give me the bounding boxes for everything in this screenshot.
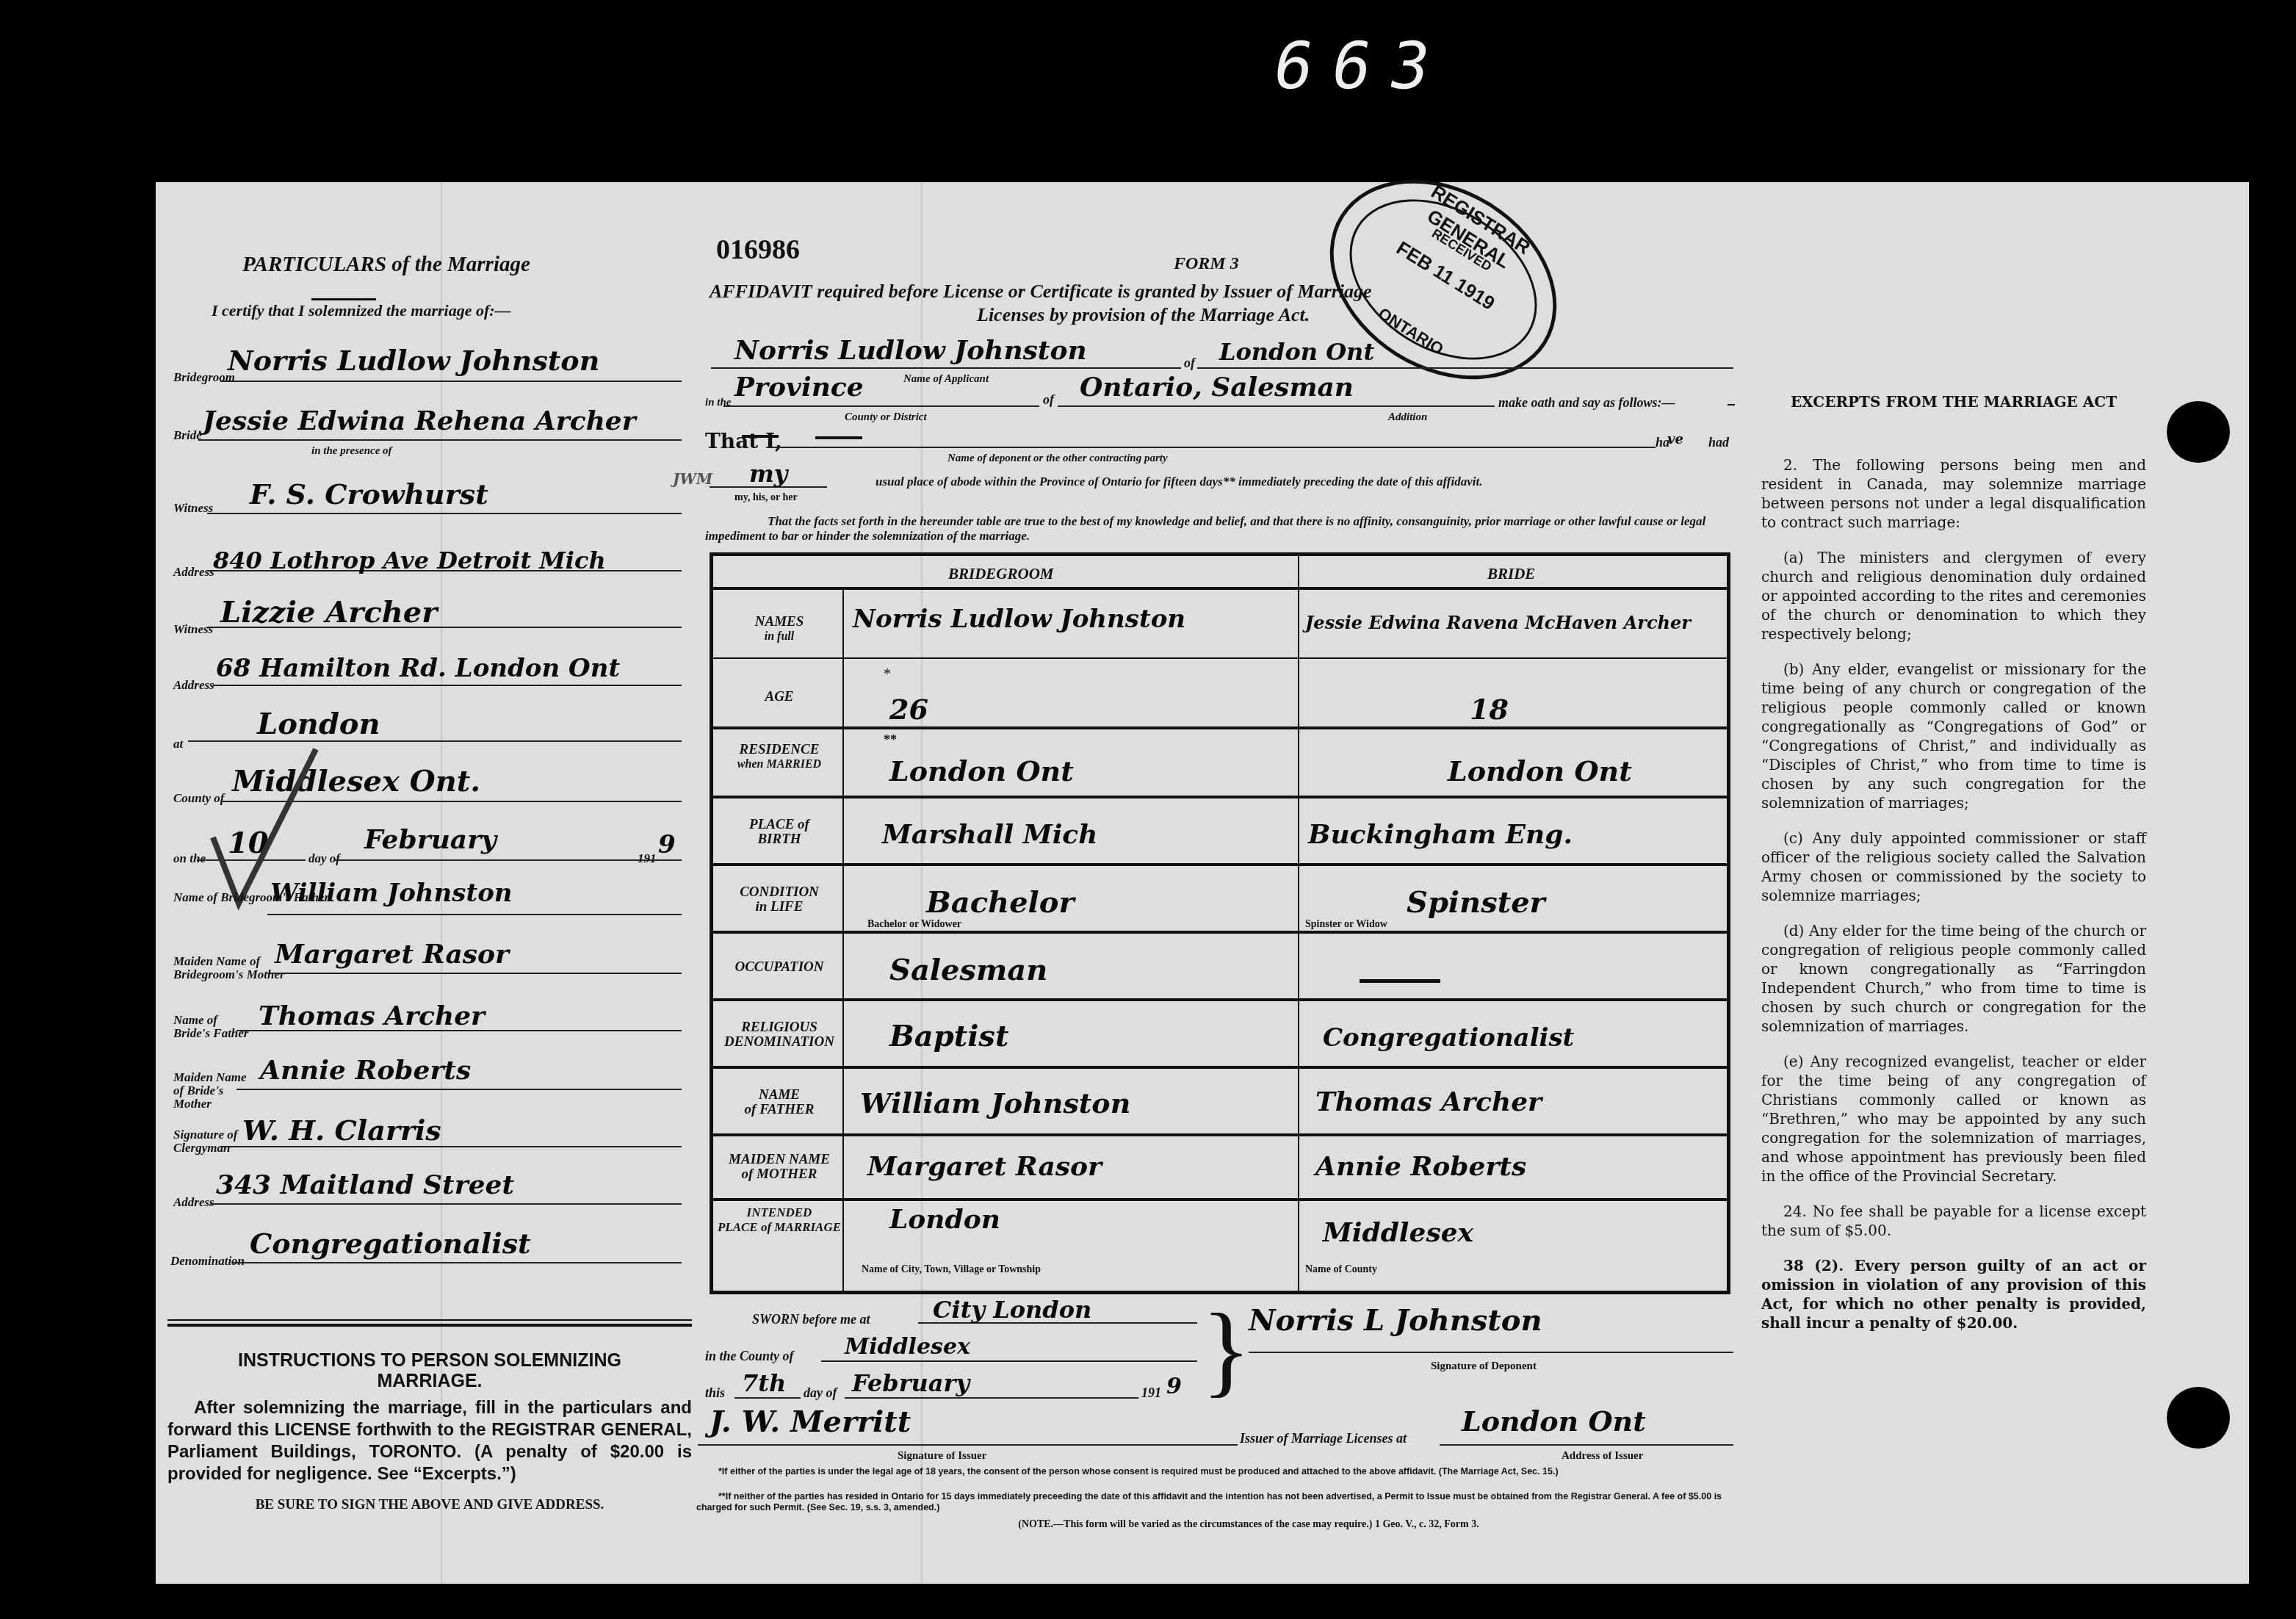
row-label: OCCUPATION xyxy=(713,960,845,975)
excerpt-d: (d) Any elder for the time being of the … xyxy=(1761,921,2146,1036)
had-label: had xyxy=(1708,435,1729,450)
footnote-1: *If either of the parties is under the l… xyxy=(696,1466,1735,1477)
county-label: in the County of xyxy=(705,1349,794,1364)
field-line xyxy=(1197,367,1733,369)
field-label: Denomination xyxy=(170,1255,245,1268)
witness-1-address: 840 Lothrop Ave Detroit Mich xyxy=(213,547,606,574)
field-label: on the xyxy=(173,852,206,865)
in-presence-of: in the presence of xyxy=(311,445,392,458)
bride-mother-name: Annie Roberts xyxy=(1315,1151,1526,1182)
row-label: NAMEof FATHER xyxy=(713,1088,845,1117)
bride-full-name: Jessie Edwina Ravena McHaven Archer xyxy=(1305,612,1691,633)
year-prefix: 191 xyxy=(638,852,657,865)
blank-dash xyxy=(742,435,779,438)
header-bridegroom: BRIDEGROOM xyxy=(948,565,1054,583)
field-label: Name of Bride's Father xyxy=(173,1014,254,1040)
county-label: County or District xyxy=(845,411,927,424)
deponent-label: Name of deponent or the other contractin… xyxy=(947,452,1168,465)
marriage-place: London xyxy=(257,707,380,741)
row-label: CONDITIONin LIFE xyxy=(713,885,845,915)
blank-dash xyxy=(815,436,862,439)
pronoun-label: my, his, or her xyxy=(734,492,798,504)
that-i-label: That I, xyxy=(705,429,782,453)
signature-line xyxy=(1249,1352,1733,1353)
sworn-at: City London xyxy=(933,1296,1091,1324)
field-label: Signature of Clergyman xyxy=(173,1128,239,1155)
form-number: FORM 3 xyxy=(1174,254,1239,274)
field-line xyxy=(267,914,682,915)
bracket: } xyxy=(1202,1299,1251,1402)
of-label: of xyxy=(1184,356,1195,371)
initials: JWM xyxy=(673,470,712,488)
intended-county-hint: Name of County xyxy=(1305,1264,1377,1276)
field-label: Bride xyxy=(173,429,202,442)
field-label: Maiden Name of Bridegroom's Mother xyxy=(173,955,291,981)
field-line xyxy=(237,1089,682,1090)
bride-religion: Congregationalist xyxy=(1323,1023,1574,1053)
groom-father-name: William Johnston xyxy=(860,1086,1130,1119)
field-line xyxy=(213,685,682,686)
field-line xyxy=(210,1203,682,1205)
field-label: Address xyxy=(173,566,214,579)
field-line xyxy=(711,367,1181,369)
year-prefix: 191 xyxy=(1141,1385,1161,1401)
excerpt-24: 24. No fee shall be payable for a licens… xyxy=(1761,1202,2146,1240)
instructions-body: After solemnizing the marriage, fill in … xyxy=(167,1397,692,1485)
groom-condition: Bachelor xyxy=(926,885,1075,920)
row-label: INTENDEDPLACE of MARRIAGE xyxy=(713,1205,845,1235)
affidavit-title-1: AFFIDAVIT required before License or Cer… xyxy=(710,281,1738,303)
sworn-county: Middlesex xyxy=(845,1334,970,1360)
sworn-day: 7th xyxy=(742,1369,786,1397)
groom-full-name: Norris Ludlow Johnston xyxy=(853,605,1185,634)
sworn-label: SWORN before me at xyxy=(752,1312,870,1327)
footnote-note: (NOTE.—This form will be varied as the c… xyxy=(771,1519,1726,1531)
county-value: Province xyxy=(734,372,864,403)
intended-place-hint: Name of City, Town, Village or Township xyxy=(862,1264,1041,1276)
issuer-label: Signature of Issuer xyxy=(898,1450,986,1463)
instructions-box: INSTRUCTIONS TO PERSON SOLEMNIZING MARRI… xyxy=(167,1350,692,1513)
issuer-address-label: Address of Issuer xyxy=(1562,1450,1643,1463)
excerpts-title: EXCERPTS FROM THE MARRIAGE ACT xyxy=(1761,392,2146,411)
field-line xyxy=(1058,405,1495,407)
addition-label: Addition xyxy=(1388,411,1427,424)
of-label: of xyxy=(1043,392,1054,408)
header-bride: BRIDE xyxy=(1487,565,1535,583)
asterisk: * xyxy=(884,666,891,683)
year-suffix: 9 xyxy=(1166,1374,1182,1399)
clergyman-address: 343 Maitland Street xyxy=(216,1169,514,1200)
field-line xyxy=(734,1397,801,1399)
witness-1: F. S. Crowhurst xyxy=(250,477,488,511)
bride-birthplace: Buckingham Eng. xyxy=(1308,819,1573,850)
applicant-name: Norris Ludlow Johnston xyxy=(734,335,1087,366)
day-of-label: day of xyxy=(804,1385,837,1401)
signature-line xyxy=(698,1444,1238,1446)
field-label: Address xyxy=(173,679,214,692)
punch-hole xyxy=(2167,401,2230,463)
field-line xyxy=(767,447,1656,448)
punch-hole xyxy=(2167,1387,2230,1449)
bride-occupation-dash xyxy=(1360,979,1440,983)
instructions-footer: BE SURE TO SIGN THE ABOVE AND GIVE ADDRE… xyxy=(167,1497,692,1513)
bride-mother: Annie Roberts xyxy=(260,1055,471,1086)
facts-text: That the facts set forth in the hereunde… xyxy=(705,514,1733,544)
bride-father: Thomas Archer xyxy=(259,1000,485,1031)
field-label: Bridegroom xyxy=(173,371,235,384)
signature-line xyxy=(1440,1444,1733,1446)
bride-condition: Spinster xyxy=(1407,885,1545,920)
field-label: at xyxy=(173,738,183,751)
have-value: ve xyxy=(1667,432,1683,447)
bride-intended-county: Middlesex xyxy=(1323,1217,1473,1248)
certify-text: I certify that I solemnized the marriage… xyxy=(212,301,511,320)
groom-mother: Margaret Rasor xyxy=(275,939,509,970)
row-label: RESIDENCEwhen MARRIED xyxy=(713,743,845,772)
instructions-title-2: MARRIAGE. xyxy=(167,1371,692,1391)
groom-condition-hint: Bachelor or Widower xyxy=(867,919,961,931)
row-label: AGE xyxy=(713,690,845,704)
excerpt-a: (a) The ministers and clergymen of every… xyxy=(1761,548,2146,643)
marriage-month: February xyxy=(364,824,497,855)
tick-mark xyxy=(1728,404,1735,405)
field-line xyxy=(220,381,682,382)
excerpts-body: 2. The following persons being men and r… xyxy=(1761,455,2146,1349)
groom-intended-place: London xyxy=(889,1204,1000,1235)
footnote-2: **If neither of the parties has resided … xyxy=(696,1491,1735,1513)
bride-father-name: Thomas Archer xyxy=(1315,1086,1542,1117)
excerpt-38: 38 (2). Every person guilty of an act or… xyxy=(1761,1256,2146,1333)
oath-text: make oath and say as follows:— xyxy=(1498,395,1675,411)
issuer-signature: J. W. Merritt xyxy=(710,1405,911,1439)
field-line xyxy=(821,1360,1197,1362)
double-asterisk: ** xyxy=(884,732,897,748)
field-line xyxy=(232,1262,682,1263)
instructions-title-1: INSTRUCTIONS TO PERSON SOLEMNIZING xyxy=(167,1350,692,1371)
applicant-of: London Ont xyxy=(1219,338,1374,366)
bride-name: Jessie Edwina Rehena Archer xyxy=(203,405,636,436)
divider xyxy=(167,1319,692,1321)
field-line xyxy=(723,405,1039,407)
affidavit-title-2: Licenses by provision of the Marriage Ac… xyxy=(977,304,1310,326)
issuer-address: London Ont xyxy=(1462,1405,1646,1438)
title-rule xyxy=(311,298,376,300)
residence-text: usual place of abode within the Province… xyxy=(876,475,1735,489)
bridegroom-name: Norris Ludlow Johnston xyxy=(228,344,599,377)
in-the-label: in the xyxy=(705,397,731,409)
field-line xyxy=(845,1397,1138,1399)
year-suffix: 9 xyxy=(658,830,676,859)
field-line xyxy=(198,439,682,441)
certificate-number: 016986 xyxy=(716,234,800,266)
groom-age: 26 xyxy=(889,693,928,726)
row-label: RELIGIOUSDENOMINATION xyxy=(713,1020,845,1050)
witness-2-address: 68 Hamilton Rd. London Ont xyxy=(216,654,620,683)
clergyman-denomination: Congregationalist xyxy=(250,1227,531,1260)
groom-mother-name: Margaret Rasor xyxy=(867,1151,1102,1182)
clergyman-signature: W. H. Clarris xyxy=(242,1114,441,1147)
row-label: NAMESin full xyxy=(713,615,845,644)
excerpt-e: (e) Any recognized evangelist, teacher o… xyxy=(1761,1052,2146,1186)
particulars-table: BRIDEGROOM BRIDE NAMESin full Norris Lud… xyxy=(710,552,1730,1294)
page-number: 663 xyxy=(1268,28,1455,104)
applicant-label: Name of Applicant xyxy=(903,373,989,386)
bride-condition-hint: Spinster or Widow xyxy=(1305,919,1387,931)
groom-religion: Baptist xyxy=(889,1019,1008,1053)
row-label: PLACE ofBIRTH xyxy=(713,818,845,847)
divider xyxy=(167,1324,692,1327)
groom-occupation: Salesman xyxy=(889,953,1047,987)
bride-residence: London Ont xyxy=(1448,754,1632,787)
excerpt-section-2: 2. The following persons being men and r… xyxy=(1761,455,2146,532)
field-label: Witness xyxy=(173,623,213,636)
excerpt-b: (b) Any elder, evangelist or missionary … xyxy=(1761,660,2146,812)
excerpt-c: (c) Any duly appointed commissioner or s… xyxy=(1761,829,2146,905)
field-line xyxy=(207,513,682,514)
issuer-at-label: Issuer of Marriage Licenses at xyxy=(1240,1431,1407,1446)
groom-birthplace: Marshall Mich xyxy=(882,819,1097,850)
groom-residence: London Ont xyxy=(889,754,1074,787)
bride-age: 18 xyxy=(1470,693,1509,726)
pronoun-value: my xyxy=(749,460,787,488)
witness-2: Lizzie Archer xyxy=(220,595,437,630)
deponent-signature: Norris L Johnston xyxy=(1249,1303,1542,1338)
groom-father: William Johnston xyxy=(270,879,513,908)
row-label: MAIDEN NAMEof MOTHER xyxy=(713,1153,845,1182)
addition-value: Ontario, Salesman xyxy=(1080,372,1354,403)
sworn-month: February xyxy=(852,1369,970,1397)
field-label: Maiden Name of Bride's Mother xyxy=(173,1071,254,1111)
particulars-title: PARTICULARS of the Marriage xyxy=(242,253,530,277)
field-line xyxy=(335,859,682,861)
field-label: Address xyxy=(173,1196,214,1209)
deponent-label: Signature of Deponent xyxy=(1431,1360,1537,1373)
field-line xyxy=(267,973,682,974)
this-label: this xyxy=(705,1385,725,1401)
